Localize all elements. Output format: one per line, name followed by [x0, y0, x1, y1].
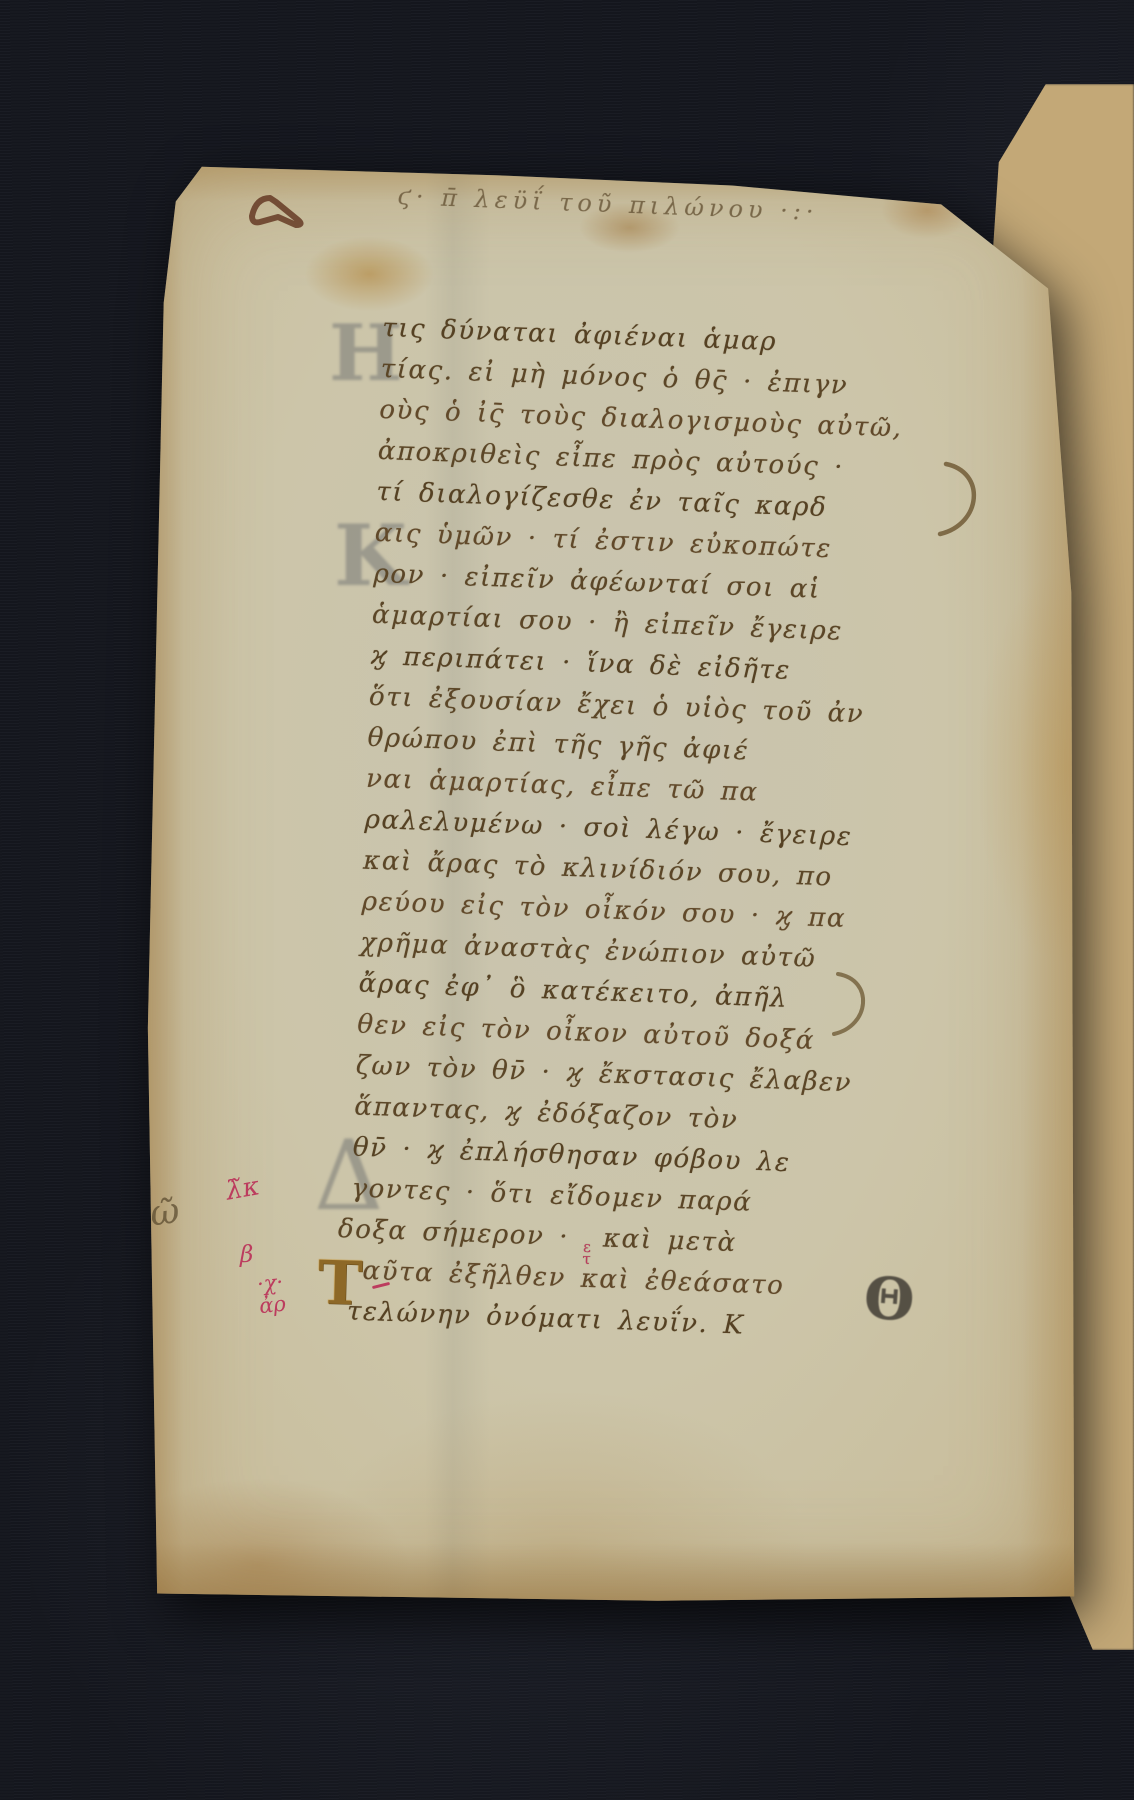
running-title: ϛ· π̄ λεϋΐ τοῦ πιλώνου ·:· [397, 182, 938, 231]
manuscript-photo: ϛ· π̄ λεϋΐ τοῦ πιλώνου ·:· Η Κ Δ τις δύν… [0, 0, 1134, 1800]
decorated-initial: Τ [317, 1253, 363, 1314]
quire-mark-icon [246, 186, 326, 236]
pen-flourish [830, 968, 876, 1042]
text-segment: δοξα σήμερον · [337, 1214, 569, 1252]
ammonian-section-number: λ̃κ [224, 1171, 262, 1206]
pen-flourish [936, 458, 988, 542]
lection-start-bottom: ἀρ [258, 1293, 287, 1318]
lection-start-mark: ·χ· ἀρ [256, 1271, 287, 1318]
page-shadow-wrap: ϛ· π̄ λεϋΐ τοῦ πιλώνου ·:· Η Κ Δ τις δύν… [146, 158, 1076, 1608]
text-block: τις δύναται ἀφιέναι ἁμαρ τίας. εἰ μὴ μόν… [346, 308, 982, 1354]
theta-ink-blot: Θ [862, 1268, 916, 1329]
manuscript-page: ϛ· π̄ λεϋΐ τοῦ πιλώνου ·:· Η Κ Δ τις δύν… [146, 158, 1076, 1608]
faded-marginal-numeral: ῶ [147, 1190, 182, 1235]
eusebian-canon-number: β [240, 1242, 253, 1268]
text-segment: καὶ μετὰ [603, 1223, 738, 1258]
